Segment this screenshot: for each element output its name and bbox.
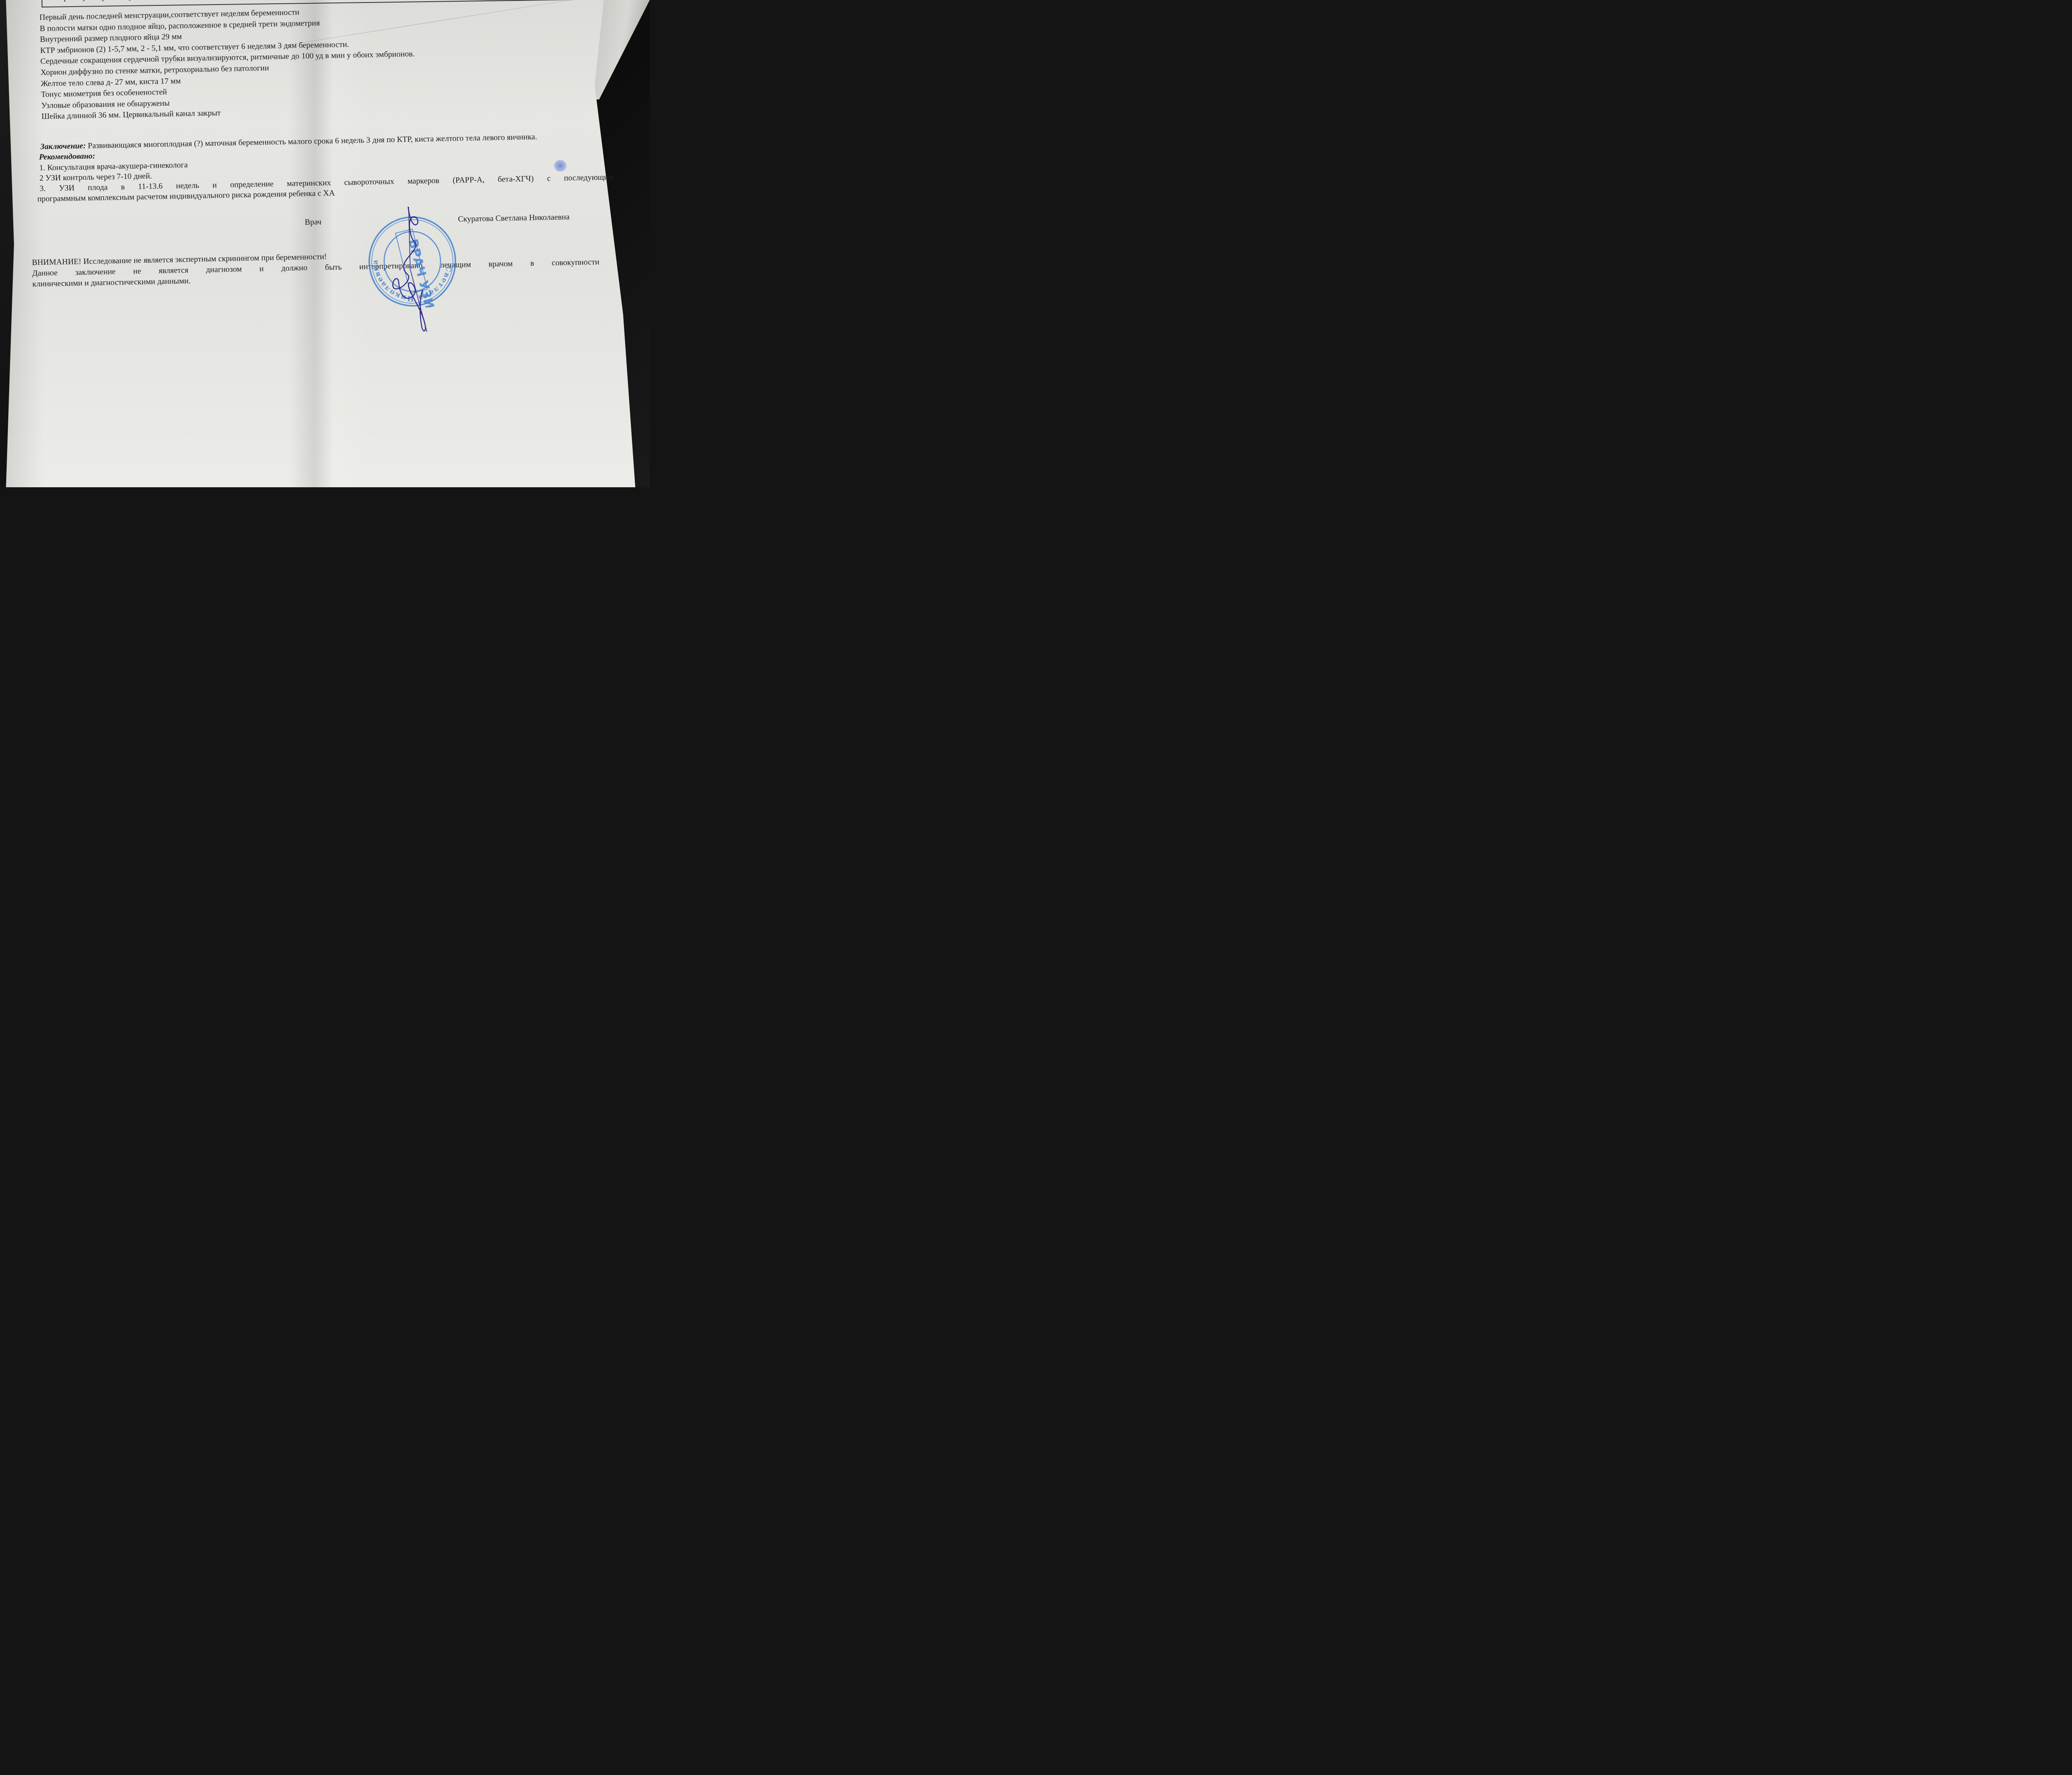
conclusion-label: Заключение: bbox=[40, 142, 86, 151]
report-content: Первый день последней менструации,соотве… bbox=[39, 1, 625, 290]
handwritten-signature bbox=[369, 199, 452, 336]
doctor-name: Скуратова Светлана Николаевна bbox=[458, 213, 570, 224]
header-box-label: Номер амбулаторной карты bbox=[45, 0, 142, 2]
doctor-role-label: Врач bbox=[305, 218, 322, 227]
findings-list: Первый день последней менструации,соотве… bbox=[39, 1, 622, 123]
ink-blot bbox=[554, 160, 566, 172]
signature-row: Врач Скуратова Светлана Николаевна bbox=[44, 204, 624, 241]
